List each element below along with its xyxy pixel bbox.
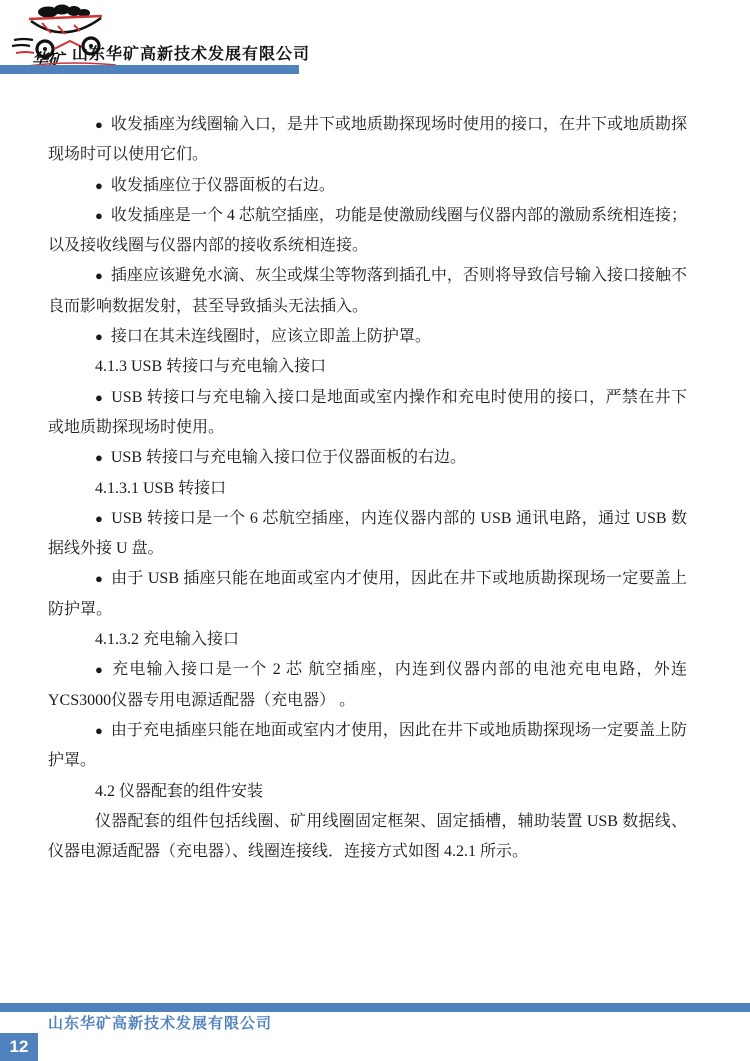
- header-rule: [0, 65, 299, 74]
- heading-text: 4.1.3 USB 转接口与充电输入接口: [95, 358, 326, 375]
- bullet-text: 收发插座位于仪器面板的右边。: [111, 177, 335, 194]
- bullet-text: 充电输入接口是一个 2 芯 航空插座，内连到仪器内部的电池充电电路，外连YCS3…: [48, 661, 687, 708]
- bullet-text: 接口在其未连线圈时，应该立即盖上防护罩。: [111, 328, 431, 345]
- bullet-text: 插座应该避免水滴、灰尘或煤尘等物落到插孔中，否则将导致信号输入接口接触不良而影响…: [48, 267, 687, 314]
- bullet-marker: ●: [95, 571, 103, 586]
- bullet-text: 收发插座是一个 4 芯航空插座，功能是使激励线圈与仪器内部的激励系统相连接；以及…: [48, 207, 687, 254]
- footer-company-name: 山东华矿高新技术发展有限公司: [48, 1012, 272, 1033]
- bullet-item: ●收发插座是一个 4 芯航空插座，功能是使激励线圈与仪器内部的激励系统相连接；以…: [48, 201, 687, 262]
- bullet-marker: ●: [95, 329, 103, 344]
- bullet-text: 收发插座为线圈输入口，是井下或地质勘探现场时使用的接口，在井下或地质勘探现场时可…: [48, 116, 687, 163]
- document-body: ●收发插座为线圈输入口，是井下或地质勘探现场时使用的接口，在井下或地质勘探现场时…: [48, 110, 687, 867]
- bullet-item: ●接口在其未连线圈时，应该立即盖上防护罩。: [48, 322, 687, 352]
- bullet-item: ●USB 转接口与充电输入接口是地面或室内操作和充电时使用的接口，严禁在井下或地…: [48, 383, 687, 444]
- bullet-marker: ●: [95, 511, 103, 526]
- bullet-text: USB 转接口与充电输入接口位于仪器面板的右边。: [111, 449, 466, 466]
- header-company-name: 山东华矿高新技术发展有限公司: [72, 41, 310, 64]
- bullet-item: ●由于充电插座只能在地面或室内才使用，因此在井下或地质勘探现场一定要盖上防护罩。: [48, 716, 687, 777]
- heading-text: 4.1.3.2 充电输入接口: [95, 631, 239, 648]
- bullet-marker: ●: [95, 178, 103, 193]
- bullet-text: 由于充电插座只能在地面或室内才使用，因此在井下或地质勘探现场一定要盖上防护罩。: [48, 722, 687, 769]
- document-page: 华矿 山东华矿高新技术发展有限公司 ●收发插座为线圈输入口，是井下或地质勘探现场…: [0, 0, 750, 1061]
- bullet-text: USB 转接口与充电输入接口是地面或室内操作和充电时使用的接口，严禁在井下或地质…: [48, 389, 687, 436]
- page-number-badge: 12: [0, 1033, 38, 1061]
- bullet-item: ●由于 USB 插座只能在地面或室内才使用，因此在井下或地质勘探现场一定要盖上防…: [48, 564, 687, 625]
- bullet-item: ●USB 转接口与充电输入接口位于仪器面板的右边。: [48, 443, 687, 473]
- bullet-item: ●充电输入接口是一个 2 芯 航空插座，内连到仪器内部的电池充电电路，外连YCS…: [48, 655, 687, 716]
- bullet-marker: ●: [95, 390, 103, 405]
- bullet-marker: ●: [95, 450, 103, 465]
- bullet-text: 由于 USB 插座只能在地面或室内才使用，因此在井下或地质勘探现场一定要盖上防护…: [48, 570, 687, 617]
- section-heading-4-1-3-1: 4.1.3.1 USB 转接口: [48, 474, 687, 504]
- bullet-item: ●USB 转接口是一个 6 芯航空插座，内连仪器内部的 USB 通讯电路，通过 …: [48, 504, 687, 565]
- bullet-marker: ●: [95, 268, 103, 283]
- bullet-marker: ●: [95, 662, 104, 677]
- bullet-marker: ●: [95, 723, 103, 738]
- footer-rule: [0, 1003, 750, 1012]
- bullet-item: ●插座应该避免水滴、灰尘或煤尘等物落到插孔中，否则将导致信号输入接口接触不良而影…: [48, 261, 687, 322]
- bullet-item: ●收发插座位于仪器面板的右边。: [48, 171, 687, 201]
- section-heading-4-1-3-2: 4.1.3.2 充电输入接口: [48, 625, 687, 655]
- bullet-text: USB 转接口是一个 6 芯航空插座，内连仪器内部的 USB 通讯电路，通过 U…: [48, 510, 687, 557]
- bullet-marker: ●: [95, 208, 103, 223]
- bullet-item: ●收发插座为线圈输入口，是井下或地质勘探现场时使用的接口，在井下或地质勘探现场时…: [48, 110, 687, 171]
- section-heading-4-1-3: 4.1.3 USB 转接口与充电输入接口: [48, 352, 687, 382]
- bullet-marker: ●: [95, 117, 103, 132]
- heading-text: 4.2 仪器配套的组件安装: [95, 783, 263, 800]
- heading-text: 4.1.3.1 USB 转接口: [95, 480, 226, 497]
- section-heading-4-2: 4.2 仪器配套的组件安装: [48, 777, 687, 807]
- paragraph-text: 仪器配套的组件包括线圈、矿用线圈固定框架、固定插槽，辅助装置 USB 数据线、仪…: [48, 813, 687, 860]
- paragraph: 仪器配套的组件包括线圈、矿用线圈固定框架、固定插槽，辅助装置 USB 数据线、仪…: [48, 807, 687, 868]
